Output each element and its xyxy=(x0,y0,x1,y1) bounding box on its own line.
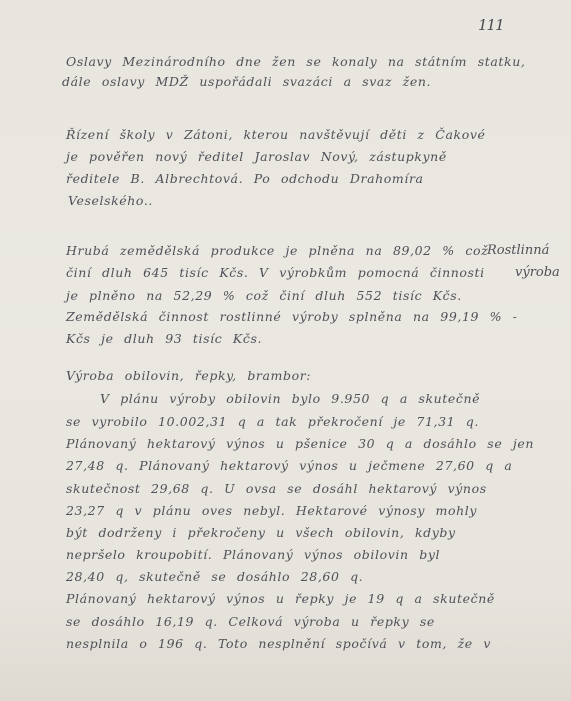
handwritten-document-page: 111 Oslavy Mezinárodního dne žen se kona… xyxy=(0,0,571,701)
text-line: nesplnila o 196 q. Toto nesplnění spočív… xyxy=(66,636,491,651)
section-heading: Výroba obilovin, řepky, brambor: xyxy=(66,368,311,383)
text-line: je plněno na 52,29 % což činí dluh 552 t… xyxy=(66,288,462,303)
text-line: Veselského.. xyxy=(68,193,153,208)
margin-note: výroba xyxy=(515,265,560,280)
text-line: činí dluh 645 tisíc Kčs. V výrobkům pomo… xyxy=(66,265,485,280)
text-line: Hrubá zemědělská produkce je plněna na 8… xyxy=(66,243,488,258)
text-line: Oslavy Mezinárodního dne žen se konaly n… xyxy=(66,54,525,69)
text-line: Zemědělská činnost rostlinné výroby spln… xyxy=(66,309,518,324)
text-line: V plánu výroby obilovin bylo 9.950 q a s… xyxy=(100,391,480,406)
text-line: se vyrobilo 10.002,31 q a tak překročení… xyxy=(66,414,479,429)
text-line: nepršelo kroupobití. Plánovaný výnos obi… xyxy=(66,547,440,562)
margin-note: Rostlinná xyxy=(487,243,549,258)
text-line: se dosáhlo 16,19 q. Celková výroba u řep… xyxy=(66,614,435,629)
text-line: je pověřen nový ředitel Jaroslav Nový, z… xyxy=(66,149,447,164)
text-line: 23,27 q v plánu oves nebyl. Hektarové vý… xyxy=(66,503,477,518)
text-line: ředitele B. Albrechtová. Po odchodu Drah… xyxy=(66,171,424,186)
text-line: být dodrženy i překročeny u všech obilov… xyxy=(66,525,456,540)
text-line: 28,40 q, skutečně se dosáhlo 28,60 q. xyxy=(66,569,363,584)
text-line: Plánovaný hektarový výnos u pšenice 30 q… xyxy=(66,436,534,451)
text-line: Kčs je dluh 93 tisíc Kčs. xyxy=(66,331,262,346)
page-number: 111 xyxy=(478,16,504,34)
text-line: skutečnost 29,68 q. U ovsa se dosáhl hek… xyxy=(66,481,487,496)
text-line: 27,48 q. Plánovaný hektarový výnos u ječ… xyxy=(66,458,512,473)
text-line: Plánovaný hektarový výnos u řepky je 19 … xyxy=(66,591,495,606)
text-line: Řízení školy v Zátoni, kterou navštěvují… xyxy=(66,127,486,142)
text-line: dále oslavy MDŽ uspořádali svazáci a sva… xyxy=(62,74,431,89)
